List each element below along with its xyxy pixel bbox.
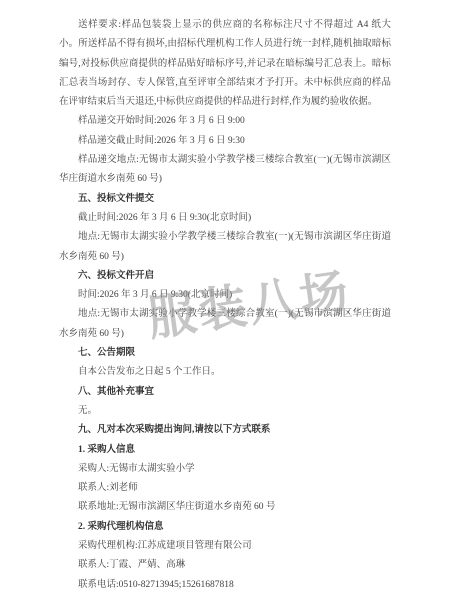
document-content: 送样要求:样品包装袋上显示的供应商的名称标注尺寸不得超过 A4 纸大小。所送样品… [59,16,391,595]
document-paragraph: 联系人:丁霞、严婧、高琳 [59,556,391,575]
document-paragraph: 送样要求:样品包装袋上显示的供应商的名称标注尺寸不得超过 A4 纸大小。所送样品… [59,16,391,112]
section-heading: 七、公告期限 [59,344,391,363]
section-heading: 八、其他补充事宜 [59,383,391,402]
document-paragraph: 样品递交地点:无锡市太湖实验小学教学楼三楼综合教室(一)(无锡市滨湖区华庄街道水… [59,151,391,190]
section-heading: 六、投标文件开启 [59,267,391,286]
document-paragraph: 样品递交截止时间:2026 年 3 月 6 日 9:30 [59,132,391,151]
sub-heading: 1. 采购人信息 [59,441,391,460]
document-paragraph: 地点:无锡市太湖实验小学教学楼三楼综合教室(一)(无锡市滨湖区华庄街道水乡南苑 … [59,305,391,344]
document-page: 送样要求:样品包装袋上显示的供应商的名称标注尺寸不得超过 A4 纸大小。所送样品… [0,0,450,600]
document-paragraph: 地点:无锡市太湖实验小学教学楼三楼综合教室(一)(无锡市滨湖区华庄街道水乡南苑 … [59,228,391,267]
document-paragraph: 时间:2026 年 3 月 6 日 9:30(北京时间) [59,286,391,305]
document-paragraph: 联系电话:0510-82713945;15261687818 [59,576,391,595]
section-heading: 九、凡对本次采购提出询问,请按以下方式联系 [59,421,391,440]
document-paragraph: 样品递交开始时间:2026 年 3 月 6 日 9:00 [59,112,391,131]
document-paragraph: 无。 [59,402,391,421]
section-heading: 五、投标文件提交 [59,190,391,209]
sub-heading: 2. 采购代理机构信息 [59,518,391,537]
document-paragraph: 联系地址:无锡市滨湖区华庄街道水乡南苑 60 号 [59,498,391,517]
document-paragraph: 采购代理机构:江苏成建项目管理有限公司 [59,537,391,556]
document-paragraph: 自本公告发布之日起 5 个工作日。 [59,363,391,382]
document-paragraph: 联系人:刘老师 [59,479,391,498]
document-paragraph: 采购人:无锡市太湖实验小学 [59,460,391,479]
document-paragraph: 截止时间:2026 年 3 月 6 日 9:30(北京时间) [59,209,391,228]
